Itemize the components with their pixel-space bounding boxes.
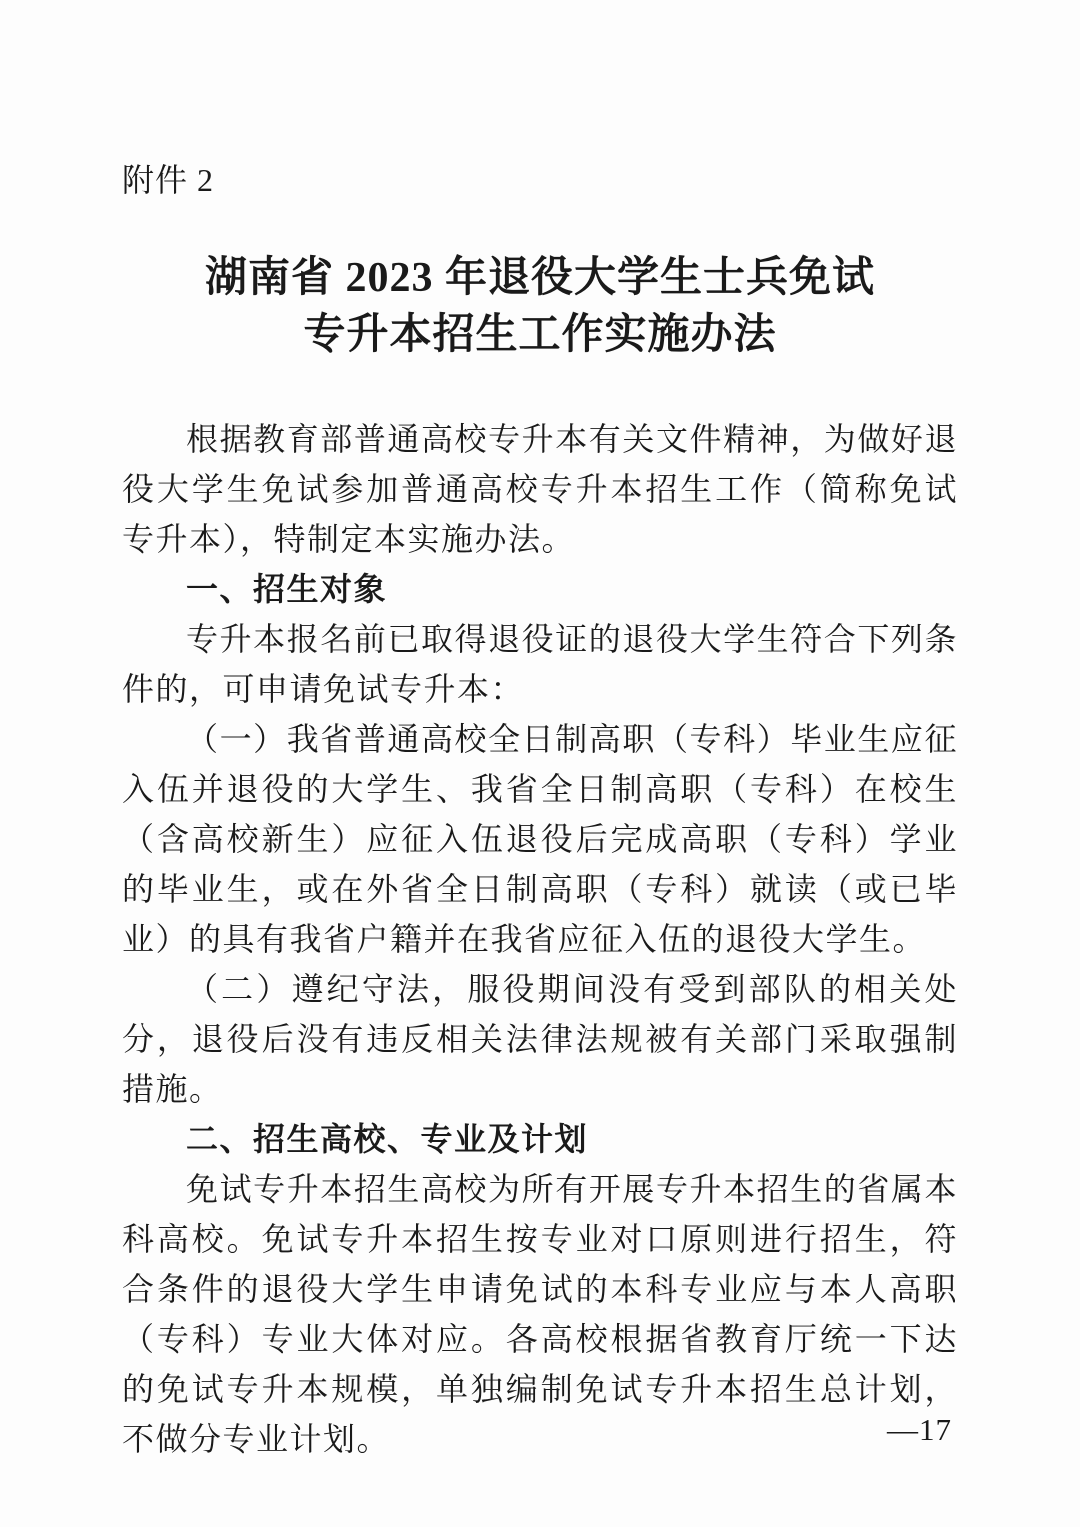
document-content: 附件 2 湖南省 2023 年退役大学生士兵免试 专升本招生工作实施办法 根据教… [0, 0, 1080, 1464]
section1-item1-paragraph: （一）我省普通高校全日制高职（专科）毕业生应征入伍并退役的大学生、我省全日制高职… [122, 714, 958, 964]
document-title: 湖南省 2023 年退役大学生士兵免试 专升本招生工作实施办法 [122, 250, 958, 364]
attachment-label: 附件 2 [122, 160, 958, 200]
section2-body-paragraph: 免试专升本招生高校为所有开展专升本招生的省属本科高校。免试专升本招生按专业对口原… [122, 1164, 958, 1464]
document-title-line-1: 湖南省 2023 年退役大学生士兵免试 [122, 250, 958, 307]
intro-paragraph: 根据教育部普通高校专升本有关文件精神，为做好退役大学生免试参加普通高校专升本招生… [122, 414, 958, 564]
section1-heading: 一、招生对象 [122, 564, 958, 614]
document-page: 附件 2 湖南省 2023 年退役大学生士兵免试 专升本招生工作实施办法 根据教… [0, 0, 1080, 1527]
section1-item2-paragraph: （二）遵纪守法，服役期间没有受到部队的相关处分，退役后没有违反相关法律法规被有关… [122, 964, 958, 1114]
page-number: —17 [887, 1413, 952, 1447]
section1-lead-paragraph: 专升本报名前已取得退役证的退役大学生符合下列条件的，可申请免试专升本： [122, 614, 958, 714]
section2-heading: 二、招生高校、专业及计划 [122, 1114, 958, 1164]
document-title-line-2: 专升本招生工作实施办法 [122, 307, 958, 364]
document-body: 根据教育部普通高校专升本有关文件精神，为做好退役大学生免试参加普通高校专升本招生… [122, 414, 958, 1464]
